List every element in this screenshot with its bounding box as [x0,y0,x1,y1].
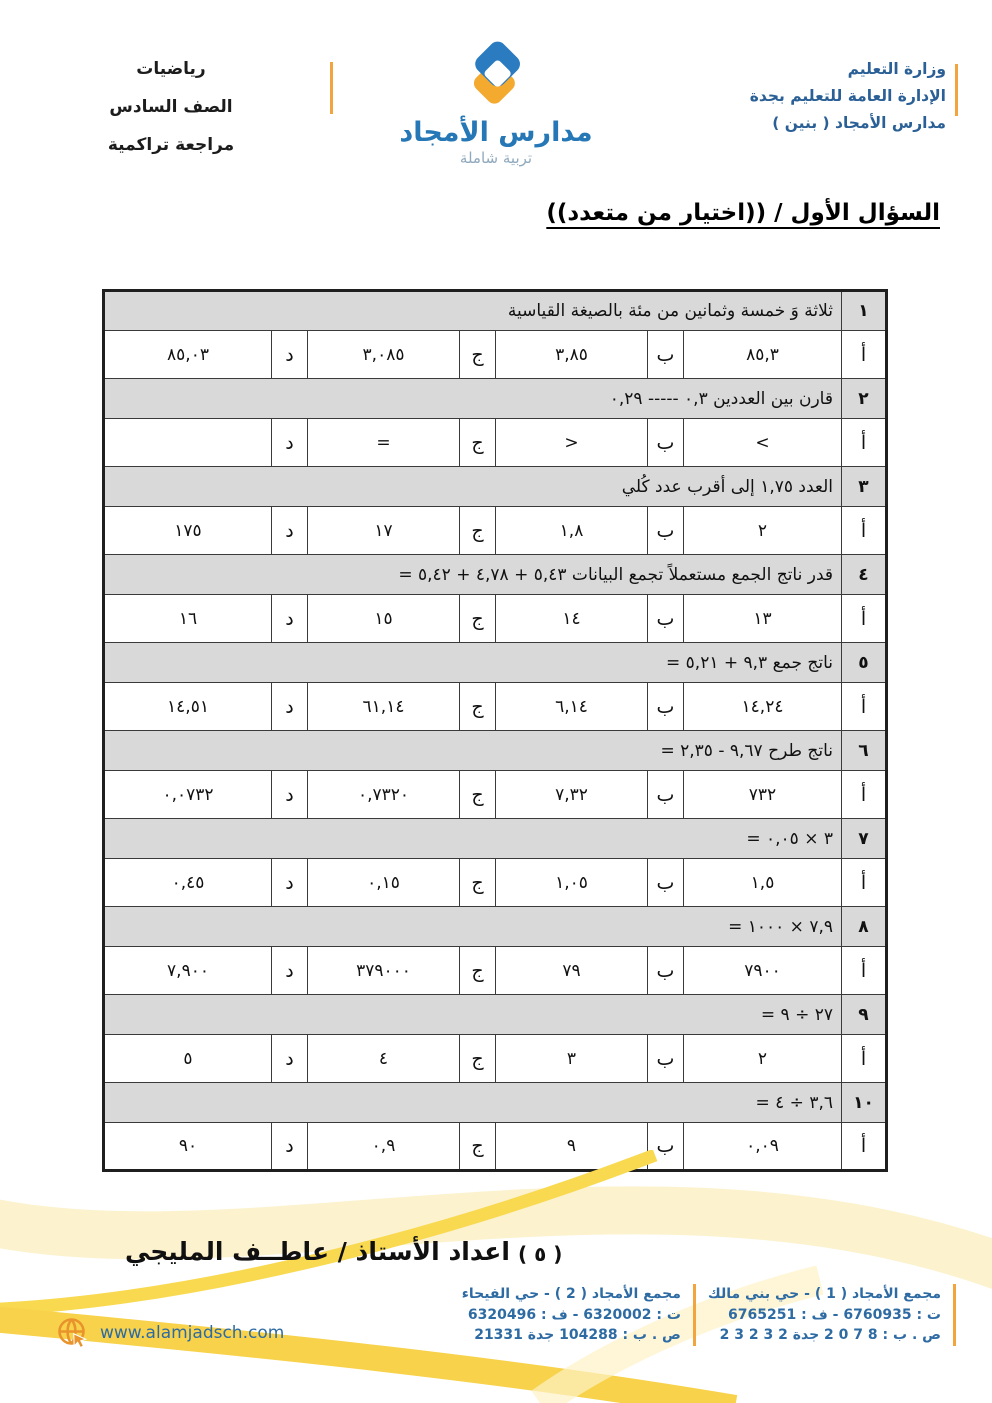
question-row: ٧ ٣ × ٠,٠٥ = [104,819,887,859]
question-text: ٣,٦ ÷ ٤ = [104,1083,842,1123]
branch-1-phones: ت : 6760935 - ف : 6765251 [708,1305,941,1326]
option-value-b: ١,٠٥ [496,859,648,907]
header-divider-right [955,64,958,116]
option-value-b: ٧,٣٢ [496,771,648,819]
mcq-table: ١ ثلاثة وَ خمسة وثمانين من مئة بالصيغة ا… [102,289,888,1172]
option-letter-d: د [272,947,308,995]
option-value-b: ١٤ [496,595,648,643]
prepared-by-label: اعداد الأستاذ / عاطــف المليجي [125,1237,510,1266]
option-value-a: ٧٩٠٠ [684,947,842,995]
option-value-d [104,419,272,467]
ministry-line-3: مدارس الأمجاد ( بنين ) [750,110,946,137]
question-number: ٢ [842,379,887,419]
option-letter-b: ب [648,859,684,907]
option-letter-d: د [272,859,308,907]
question-row: ٢ قارن بين العددين ٠,٣ ----- ٠,٢٩ [104,379,887,419]
branch-1-contact: مجمع الأمجاد ( 1 ) - حي بني مالك ت : 676… [696,1284,956,1346]
option-value-c: ٣٧٩٠٠٠ [308,947,460,995]
question-row: ٦ ناتج طرح ٩,٦٧ - ٢,٣٥ = [104,731,887,771]
option-value-d: ٠,٠٧٣٢ [104,771,272,819]
question-number: ٦ [842,731,887,771]
branch-2-pobox: ص . ب : 104288 جدة 21331 [462,1325,681,1346]
option-value-a: ٧٣٢ [684,771,842,819]
option-value-a: ١٤,٢٤ [684,683,842,731]
option-value-a: ١٣ [684,595,842,643]
question-text: ٧,٩ × ١٠٠٠ = [104,907,842,947]
exam-sheet-page: رياضيات الصف السادس مراجعة تراكمية مدارس… [0,0,992,1403]
school-name: مدارس الأمجاد [399,117,592,148]
option-value-c: ٦١,١٤ [308,683,460,731]
option-letter-c: ج [460,683,496,731]
branch-1-name: مجمع الأمجاد ( 1 ) - حي بني مالك [708,1284,941,1305]
option-letter-b: ب [648,1035,684,1083]
option-value-d: ٧,٩٠٠ [104,947,272,995]
ministry-line-2: الإدارة العامة للتعليم بجدة [750,83,946,110]
option-value-d: ٠,٤٥ [104,859,272,907]
option-letter-c: ج [460,1035,496,1083]
question-row: ٥ ناتج جمع ٩,٣ + ٥,٢١ = [104,643,887,683]
question-number: ٧ [842,819,887,859]
options-row: أ ١٣ ب ١٤ ج ١٥ د ١٦ [104,595,887,643]
option-letter-a: أ [842,771,887,819]
options-row: أ ١٤,٢٤ ب ٦,١٤ ج ٦١,١٤ د ١٤,٥١ [104,683,887,731]
question-row: ٩ ٢٧ ÷ ٩ = [104,995,887,1035]
options-row: أ < ب > ج = د [104,419,887,467]
option-value-b: ٣,٨٥ [496,331,648,379]
option-letter-c: ج [460,771,496,819]
website-link[interactable]: www.alamjadsch.com [55,1315,284,1351]
option-letter-a: أ [842,947,887,995]
option-letter-b: ب [648,683,684,731]
option-value-d: ١٤,٥١ [104,683,272,731]
option-letter-b: ب [648,771,684,819]
question-text: ناتج جمع ٩,٣ + ٥,٢١ = [104,643,842,683]
option-value-c: ٤ [308,1035,460,1083]
question-number: ٨ [842,907,887,947]
question-text: قدر ناتج الجمع مستعملاً تجمع البيانات ٥,… [104,555,842,595]
option-letter-c: ج [460,859,496,907]
question-number: ٣ [842,467,887,507]
option-letter-b: ب [648,947,684,995]
option-value-a: ٢ [684,1035,842,1083]
option-letter-a: أ [842,595,887,643]
question-row: ٣ العدد ١,٧٥ إلى أقرب عدد كُلي [104,467,887,507]
question-number: ٥ [842,643,887,683]
options-row: أ ٧٣٢ ب ٧,٣٢ ج ٠,٧٣٢٠ د ٠,٠٧٣٢ [104,771,887,819]
option-value-b: > [496,419,648,467]
option-letter-a: أ [842,1035,887,1083]
option-letter-d: د [272,771,308,819]
option-letter-a: أ [842,507,887,555]
option-letter-c: ج [460,419,496,467]
option-value-d: ٨٥,٠٣ [104,331,272,379]
option-value-a: < [684,419,842,467]
option-letter-b: ب [648,595,684,643]
question-number: ١ [842,291,887,331]
question-row: ٤ قدر ناتج الجمع مستعملاً تجمع البيانات … [104,555,887,595]
option-letter-d: د [272,419,308,467]
option-value-a: ٨٥,٣ [684,331,842,379]
options-row: أ ١,٥ ب ١,٠٥ ج ٠,١٥ د ٠,٤٥ [104,859,887,907]
option-letter-b: ب [648,419,684,467]
options-row: أ ٢ ب ١,٨ ج ١٧ د ١٧٥ [104,507,887,555]
branch-2-contact: مجمع الأمجاد ( 2 ) - حي الفيحاء ت : 6320… [450,1284,696,1346]
options-row: أ ٨٥,٣ ب ٣,٨٥ ج ٣,٠٨٥ د ٨٥,٠٣ [104,331,887,379]
option-letter-d: د [272,1035,308,1083]
option-value-c: ٠,١٥ [308,859,460,907]
option-value-d: ٥ [104,1035,272,1083]
option-letter-d: د [272,683,308,731]
option-value-b: ٣ [496,1035,648,1083]
question-section-title: السؤال الأول / ((اختيار من متعدد)) [546,200,940,226]
branch-1-pobox: ص . ب : 8 7 0 2 جدة 2 3 2 3 2 [708,1325,941,1346]
option-letter-c: ج [460,595,496,643]
options-row: أ ٧٩٠٠ ب ٧٩ ج ٣٧٩٠٠٠ د ٧,٩٠٠ [104,947,887,995]
option-value-c: = [308,419,460,467]
ministry-line-1: وزارة التعليم [750,56,946,83]
question-row: ١٠ ٣,٦ ÷ ٤ = [104,1083,887,1123]
option-letter-d: د [272,595,308,643]
footer-swoosh-decoration [0,1150,992,1403]
question-text: ناتج طرح ٩,٦٧ - ٢,٣٥ = [104,731,842,771]
option-letter-d: د [272,331,308,379]
contact-info-block: مجمع الأمجاد ( 1 ) - حي بني مالك ت : 676… [450,1284,956,1346]
question-number: ٩ [842,995,887,1035]
branch-2-name: مجمع الأمجاد ( 2 ) - حي الفيحاء [462,1284,681,1305]
school-logo-icon [452,36,540,116]
option-value-b: ١,٨ [496,507,648,555]
options-row: أ ٢ ب ٣ ج ٤ د ٥ [104,1035,887,1083]
option-letter-b: ب [648,507,684,555]
globe-cursor-icon [55,1315,91,1351]
option-value-c: ١٥ [308,595,460,643]
branch-2-phones: ت : 6320002 - ف : 6320496 [462,1305,681,1326]
question-number: ١٠ [842,1083,887,1123]
option-letter-a: أ [842,419,887,467]
option-letter-d: د [272,507,308,555]
option-letter-c: ج [460,947,496,995]
question-row: ١ ثلاثة وَ خمسة وثمانين من مئة بالصيغة ا… [104,291,887,331]
question-row: ٨ ٧,٩ × ١٠٠٠ = [104,907,887,947]
option-value-d: ١٦ [104,595,272,643]
option-letter-c: ج [460,507,496,555]
option-value-d: ١٧٥ [104,507,272,555]
ministry-block: وزارة التعليم الإدارة العامة للتعليم بجد… [750,56,946,137]
option-letter-a: أ [842,683,887,731]
question-text: العدد ١,٧٥ إلى أقرب عدد كُلي [104,467,842,507]
option-value-a: ١,٥ [684,859,842,907]
question-text: قارن بين العددين ٠,٣ ----- ٠,٢٩ [104,379,842,419]
option-letter-c: ج [460,331,496,379]
option-value-c: ٠,٧٣٢٠ [308,771,460,819]
option-letter-a: أ [842,859,887,907]
option-letter-a: أ [842,331,887,379]
question-text: ثلاثة وَ خمسة وثمانين من مئة بالصيغة الق… [104,291,842,331]
school-tagline: تربية شاملة [460,149,532,167]
page-number: ( ٥ ) [518,1242,562,1266]
option-value-b: ٦,١٤ [496,683,648,731]
option-value-c: ١٧ [308,507,460,555]
option-value-b: ٧٩ [496,947,648,995]
question-number: ٤ [842,555,887,595]
option-value-c: ٣,٠٨٥ [308,331,460,379]
option-value-a: ٢ [684,507,842,555]
website-url[interactable]: www.alamjadsch.com [100,1323,284,1343]
question-text: ٢٧ ÷ ٩ = [104,995,842,1035]
option-letter-b: ب [648,331,684,379]
question-text: ٣ × ٠,٠٥ = [104,819,842,859]
